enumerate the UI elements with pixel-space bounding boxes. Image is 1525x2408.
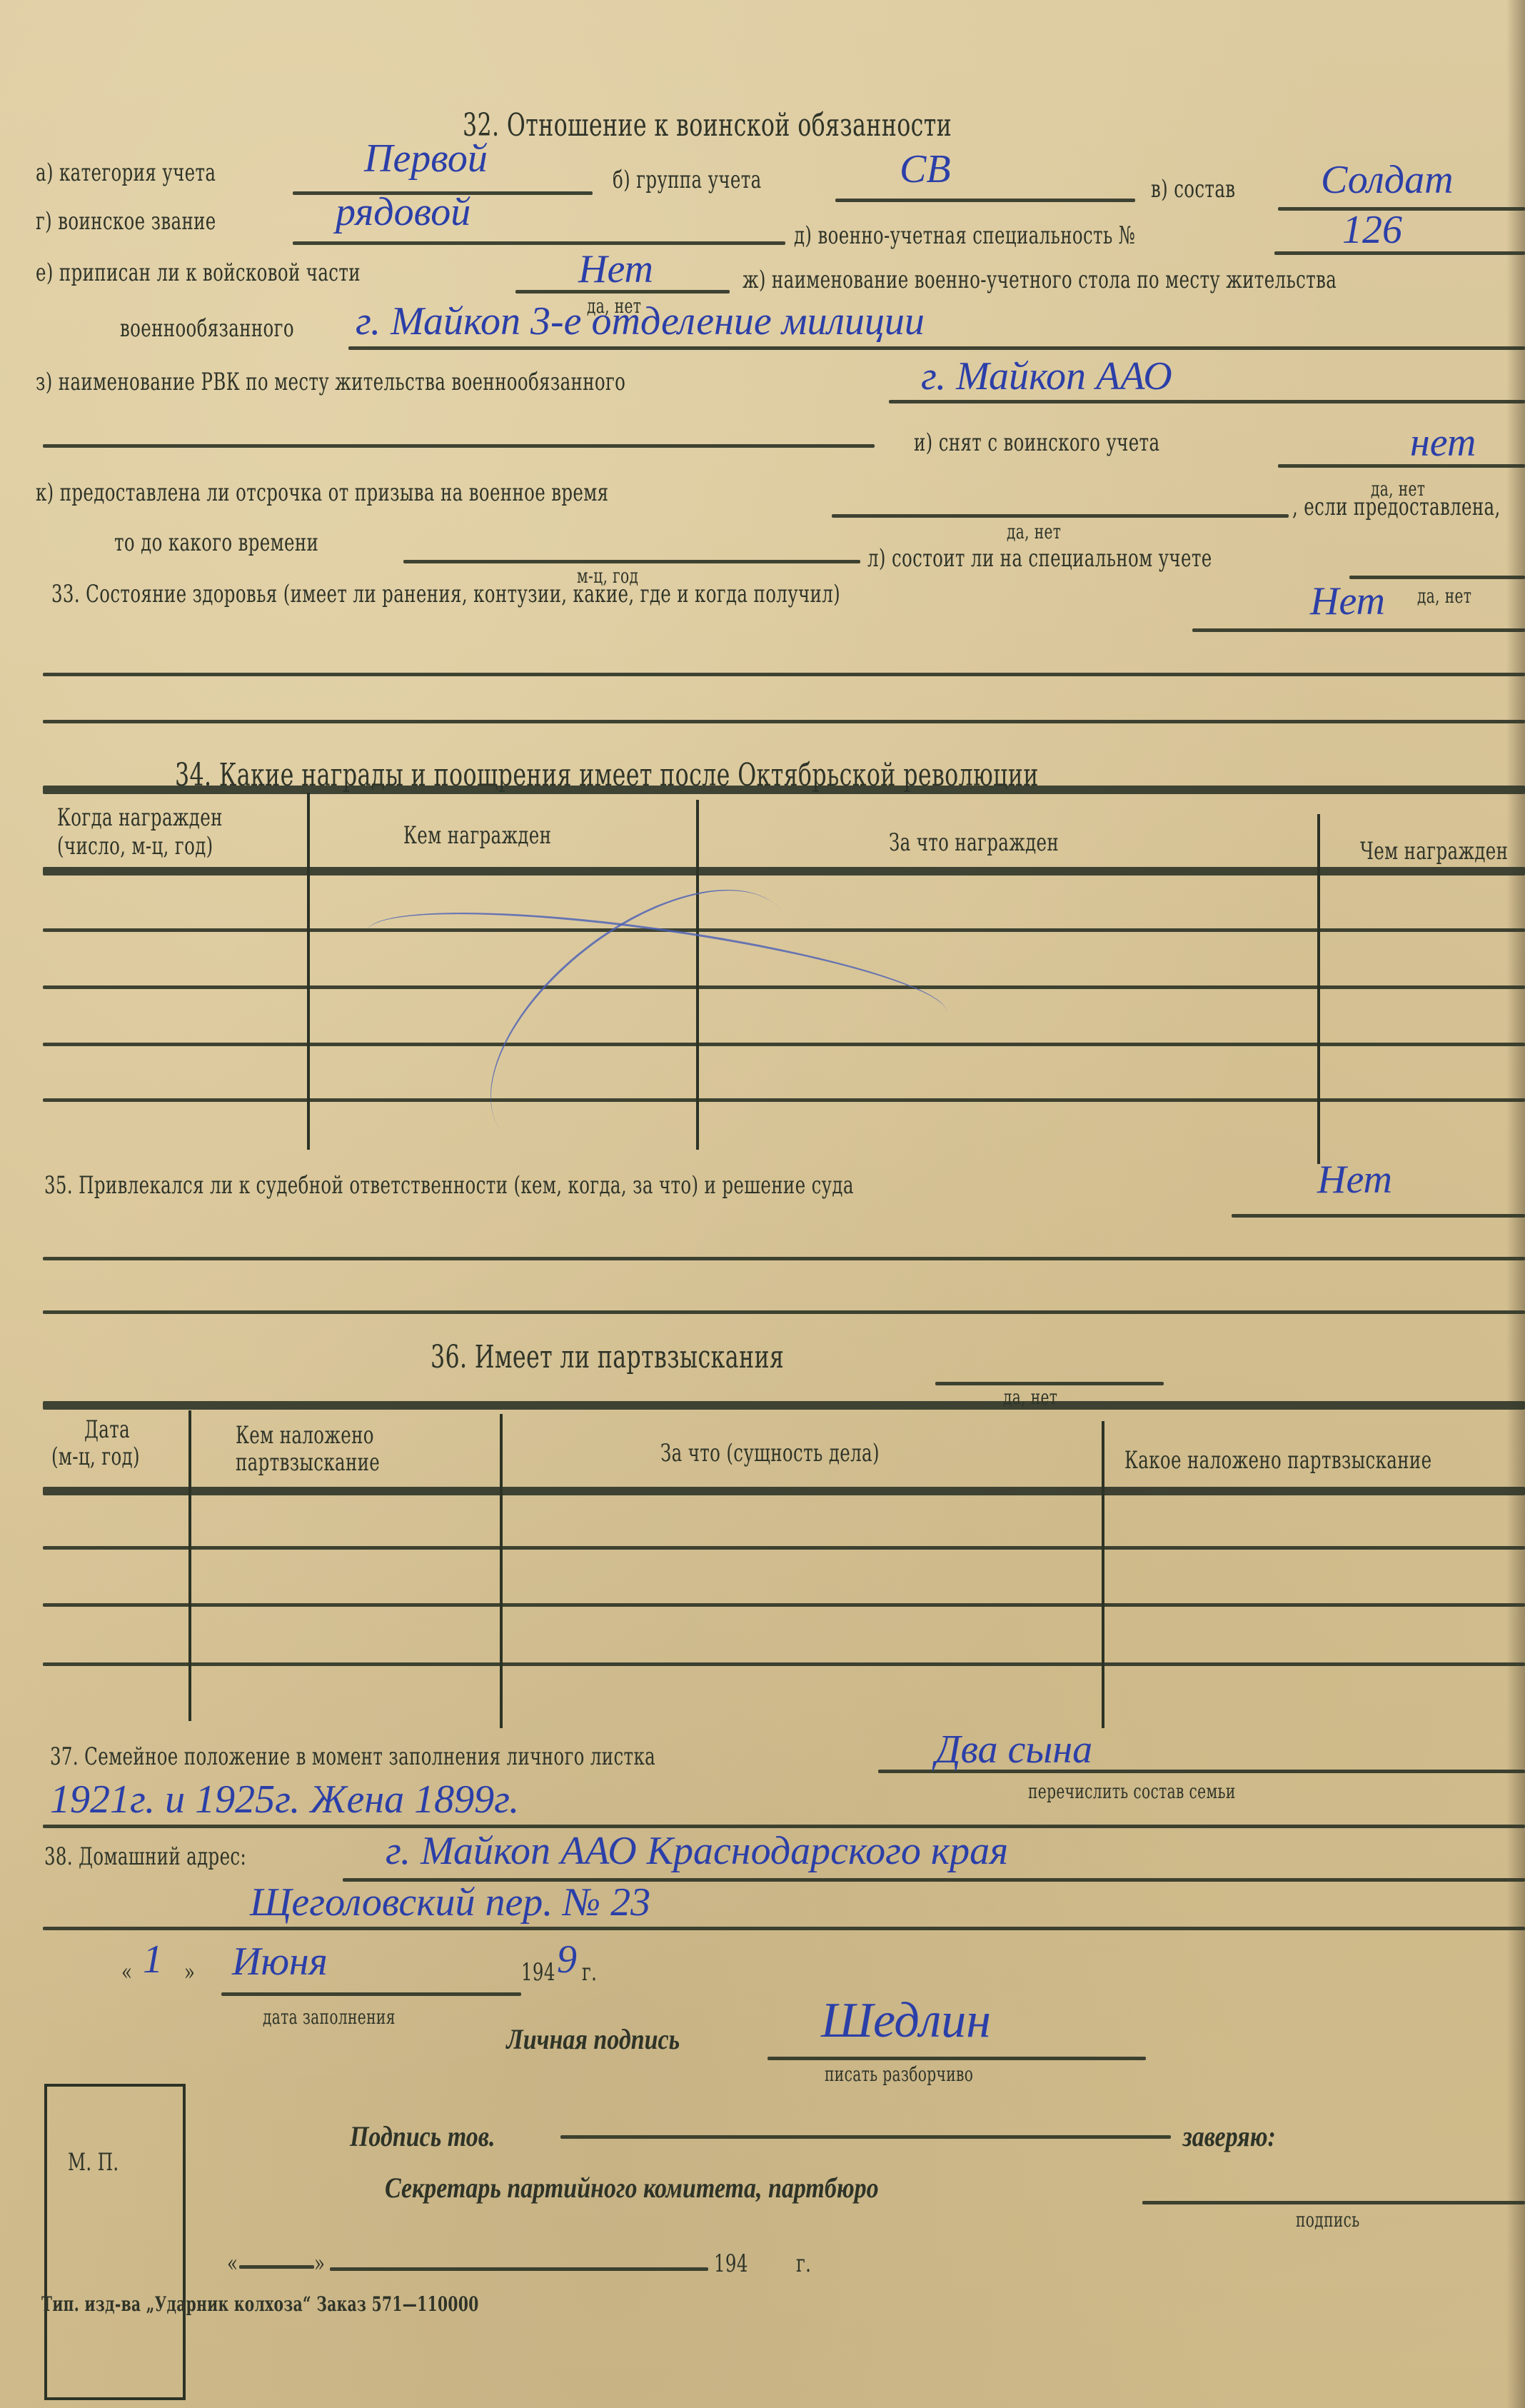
hint-family: перечислить состав семьи xyxy=(1028,1780,1236,1803)
awards-row-line-3 xyxy=(43,1043,1525,1046)
field-address-line1[interactable]: г. Майкоп ААО Краснодарского края xyxy=(386,1828,1008,1874)
field-line-group xyxy=(835,199,1135,202)
label-registration-desk: ж) наименование военно-учетного стола по… xyxy=(743,266,1337,294)
field-group[interactable]: СВ xyxy=(900,146,951,192)
cert-date-close: » xyxy=(314,2249,325,2278)
penalties-col-divider-2 xyxy=(500,1414,503,1728)
label-deferment-cont: , если предоставлена, xyxy=(1292,493,1501,521)
label-deferment-until: то до какого времени xyxy=(114,528,318,557)
field-line-health-3 xyxy=(43,720,1525,723)
hint-signature: писать разборчиво xyxy=(825,2062,973,2086)
stamp-label: М. П. xyxy=(68,2148,119,2177)
field-line-deferment xyxy=(832,514,1289,518)
hint-deferment: да, нет xyxy=(1007,520,1061,543)
field-line-sign-comrade xyxy=(560,2135,1171,2139)
penalties-col-reason: За что (сущность дела) xyxy=(660,1439,880,1468)
field-line-secretary xyxy=(1142,2201,1525,2204)
penalties-col-type: Какое наложено партвзыскание xyxy=(1124,1446,1431,1475)
penalties-col-date-1: Дата xyxy=(84,1415,130,1444)
penalties-col-by-whom-2: партвзыскание xyxy=(236,1448,380,1477)
section-32-title: 32. Отношение к воинской обязанности xyxy=(463,107,952,144)
field-line-rvk-cont xyxy=(43,444,875,448)
field-line-deregistered xyxy=(1278,464,1525,468)
field-line-court-2 xyxy=(43,1257,1525,1260)
awards-col-divider-1 xyxy=(307,793,310,1150)
penalties-col-divider-1 xyxy=(188,1410,191,1721)
field-line-address-2 xyxy=(43,1927,1525,1930)
awards-col-when-1: Когда награжден xyxy=(57,803,223,832)
penalties-table-top-border xyxy=(43,1401,1525,1410)
awards-col-by-whom: Кем награжден xyxy=(403,821,551,850)
label-personal-signature: Личная подпись xyxy=(506,2022,680,2056)
label-deferment: к) предоставлена ли отсрочка от призыва … xyxy=(36,478,608,507)
field-line-signature xyxy=(767,2057,1146,2060)
field-unit-assigned[interactable]: Нет xyxy=(578,246,653,292)
label-secretary: Секретарь партийного комитета, партбюро xyxy=(385,2171,879,2204)
field-rank[interactable]: рядовой xyxy=(336,189,470,235)
printer-imprint: Тип. изд-ва „Ударник колхоза“ Заказ 571—… xyxy=(41,2292,479,2316)
field-family-line2[interactable]: 1921г. и 1925г. Жена 1899г. xyxy=(50,1777,519,1822)
field-line-cert-month xyxy=(330,2267,708,2271)
cert-date-suffix: г. xyxy=(796,2249,811,2278)
field-address-line2[interactable]: Щеголовский пер. № 23 xyxy=(250,1880,650,1925)
field-registration-desk[interactable]: г. Майкоп 3-е отделение милиции xyxy=(356,299,925,344)
field-line-rvk xyxy=(889,400,1525,403)
penalties-col-by-whom-1: Кем наложено xyxy=(236,1421,374,1450)
label-court: 35. Привлекался ли к судебной ответствен… xyxy=(44,1171,854,1200)
penalties-col-divider-3 xyxy=(1102,1421,1104,1728)
awards-col-when-2: (число, м-ц, год) xyxy=(57,832,213,861)
section-36-title: 36. Имеет ли партвзыскания xyxy=(431,1339,784,1375)
label-certify: заверяю: xyxy=(1183,2119,1276,2153)
stamp-box xyxy=(44,2084,186,2400)
paper-edge xyxy=(1506,0,1525,2408)
label-family: 37. Семейное положение в момент заполнен… xyxy=(50,1742,655,1771)
penalties-col-date-2: (м-ц, год) xyxy=(51,1443,140,1471)
label-address: 38. Домашний адрес: xyxy=(44,1842,246,1871)
field-rvk[interactable]: г. Майкоп ААО xyxy=(921,353,1172,399)
field-line-deferment-until xyxy=(403,560,860,563)
cert-date-year: 194 xyxy=(714,2249,748,2278)
field-line-fill-month xyxy=(221,1992,521,1996)
hint-special-registry: да, нет xyxy=(1417,584,1471,608)
field-specialty[interactable]: 126 xyxy=(1342,207,1402,253)
date-open-quote: « xyxy=(121,1958,132,1987)
field-line-health xyxy=(1192,628,1525,632)
awards-row-line-4 xyxy=(43,1098,1525,1102)
field-fill-year-digit[interactable]: 9 xyxy=(557,1937,577,1982)
field-family-line1[interactable]: Два сына xyxy=(935,1727,1092,1772)
field-deregistered[interactable]: нет xyxy=(1410,420,1476,466)
field-health[interactable]: Нет xyxy=(1310,578,1385,624)
awards-table-top-border xyxy=(43,786,1525,794)
label-sign-comrade: Подпись тов. xyxy=(350,2119,495,2153)
label-composition: в) состав xyxy=(1151,175,1235,204)
field-fill-month[interactable]: Июня xyxy=(232,1939,328,1985)
field-court[interactable]: Нет xyxy=(1317,1157,1392,1203)
penalties-row-line-3 xyxy=(43,1662,1525,1666)
penalties-header-bottom-border xyxy=(43,1487,1525,1495)
field-line-health-2 xyxy=(43,673,1525,676)
label-specialty: д) военно-учетная специальность № xyxy=(794,221,1135,250)
hint-secretary: подпись xyxy=(1296,2208,1360,2232)
field-fill-day[interactable]: 1 xyxy=(143,1937,163,1982)
date-year-suffix: г. xyxy=(582,1958,597,1987)
date-close-quote: » xyxy=(184,1958,195,1987)
awards-col-award: Чем награжден xyxy=(1360,837,1508,866)
label-rvk: з) наименование РВК по месту жительства … xyxy=(36,368,625,396)
label-unit-assigned: е) приписан ли к войсковой части xyxy=(36,259,361,287)
awards-col-divider-3 xyxy=(1317,814,1320,1164)
awards-header-bottom-border xyxy=(43,867,1525,876)
hint-fill-date: дата заполнения xyxy=(263,2005,396,2029)
penalties-row-line-1 xyxy=(43,1546,1525,1550)
field-composition[interactable]: Солдат xyxy=(1321,157,1454,203)
label-group: б) группа учета xyxy=(613,166,762,194)
label-deregistered: и) снят с воинского учета xyxy=(914,428,1159,457)
field-line-court-3 xyxy=(43,1310,1525,1314)
field-line-registration-desk xyxy=(348,346,1525,350)
cert-date-open: « xyxy=(227,2249,238,2278)
penalties-row-line-2 xyxy=(43,1603,1525,1607)
label-category: а) категория учета xyxy=(36,159,216,187)
field-line-court xyxy=(1232,1214,1525,1218)
label-registration-desk-cont: военнообязанного xyxy=(120,314,294,343)
label-rank: г) воинское звание xyxy=(36,207,216,236)
label-special-registry: л) состоит ли на специальном учете xyxy=(867,544,1212,573)
label-health: 33. Состояние здоровья (имеет ли ранения… xyxy=(51,580,840,608)
field-line-cert-day xyxy=(239,2265,314,2269)
awards-col-for-what: За что награжден xyxy=(889,828,1059,857)
date-year-prefix: 194 xyxy=(521,1958,555,1987)
field-line-rank xyxy=(293,241,785,245)
field-signature[interactable]: Шедлин xyxy=(821,1992,991,2050)
field-category[interactable]: Первой xyxy=(364,136,488,181)
